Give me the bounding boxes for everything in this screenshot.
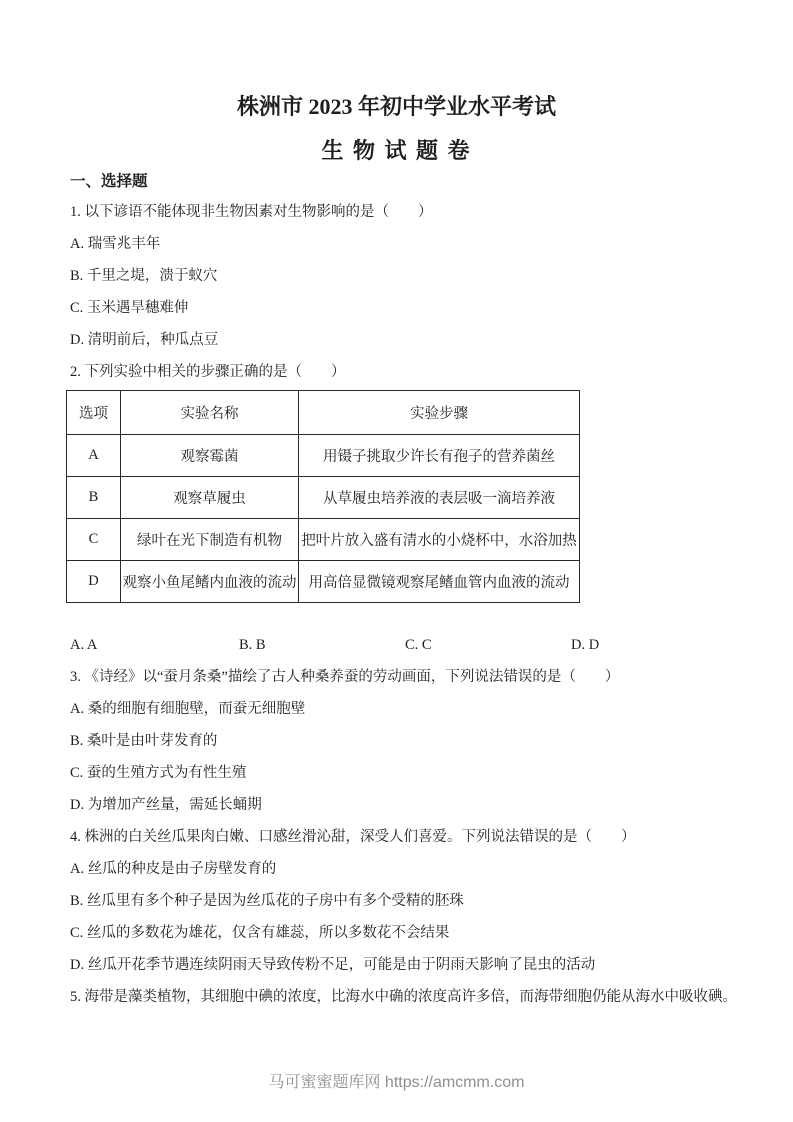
table-row-c: C 绿叶在光下制造有机物 把叶片放入盛有清水的小烧杯中，水浴加热 — [67, 519, 580, 561]
watermark-text: 马可蜜蜜题库网 https://amcmm.com — [268, 1074, 524, 1091]
question-1-option-c: C. 玉米遇旱穗难伸 — [70, 292, 723, 324]
question-1-option-b: B. 千里之堤，溃于蚁穴 — [70, 260, 723, 292]
question-4-stem: 4. 株洲的白关丝瓜果肉白嫩、口感丝滑沁甜，深受人们喜爱。下列说法错误的是（ ） — [70, 821, 723, 853]
table-cell-name: 观察霉菌 — [121, 435, 299, 477]
question-2-answer-options: A. A B. B C. C D. D — [70, 629, 723, 661]
table-cell-option: A — [67, 435, 121, 477]
question-3-option-a: A. 桑的细胞有细胞壁，而蚕无细胞壁 — [70, 693, 723, 725]
question-5-stem: 5. 海带是藻类植物，其细胞中碘的浓度，比海水中确的浓度高许多倍，而海带细胞仍能… — [70, 981, 723, 1013]
question-2-answer-a: A. A — [70, 629, 97, 661]
question-1-option-a: A. 瑞雪兆丰年 — [70, 228, 723, 260]
question-3-option-b: B. 桑叶是由叶芽发育的 — [70, 725, 723, 757]
table-cell-steps: 从草履虫培养液的表层吸一滴培养液 — [299, 477, 580, 519]
table-row-a: A 观察霉菌 用镊子挑取少许长有孢子的营养菌丝 — [67, 435, 580, 477]
site-watermark: 马可蜜蜜题库网 https://amcmm.com — [0, 1069, 793, 1092]
table-cell-option: C — [67, 519, 121, 561]
table-cell-option: D — [67, 561, 121, 603]
question-4-option-d: D. 丝瓜开花季节遇连续阴雨天导致传粉不足，可能是由于阴雨天影响了昆虫的活动 — [70, 949, 723, 981]
section-heading-multiple-choice: 一、选择题 — [70, 172, 723, 191]
exam-paper-page: 株洲市 2023 年初中学业水平考试 生 物 试 题 卷 一、选择题 1. 以下… — [0, 0, 793, 1122]
table-header-experiment-name: 实验名称 — [121, 391, 299, 435]
question-3-option-c: C. 蚕的生殖方式为有性生殖 — [70, 757, 723, 789]
exam-title: 株洲市 2023 年初中学业水平考试 — [70, 94, 723, 120]
question-2-answer-c: C. C — [405, 629, 432, 661]
question-4-option-a: A. 丝瓜的种皮是由子房壁发育的 — [70, 853, 723, 885]
experiment-steps-table: 选项 实验名称 实验步骤 A 观察霉菌 用镊子挑取少许长有孢子的营养菌丝 B 观… — [66, 390, 580, 603]
question-2-answer-b: B. B — [239, 629, 266, 661]
table-row-b: B 观察草履虫 从草履虫培养液的表层吸一滴培养液 — [67, 477, 580, 519]
question-4-option-b: B. 丝瓜里有多个种子是因为丝瓜花的子房中有多个受精的胚珠 — [70, 885, 723, 917]
table-cell-name: 观察小鱼尾鳍内血液的流动 — [121, 561, 299, 603]
question-3-option-d: D. 为增加产丝量，需延长蛹期 — [70, 789, 723, 821]
question-2-answer-d: D. D — [571, 629, 599, 661]
table-row-d: D 观察小鱼尾鳍内血液的流动 用高倍显微镜观察尾鳍血管内血液的流动 — [67, 561, 580, 603]
table-header-row: 选项 实验名称 实验步骤 — [67, 391, 580, 435]
question-2-stem: 2. 下列实验中相关的步骤正确的是（ ） — [70, 356, 723, 388]
table-cell-steps: 用高倍显微镜观察尾鳍血管内血液的流动 — [299, 561, 580, 603]
exam-content: 株洲市 2023 年初中学业水平考试 生 物 试 题 卷 一、选择题 1. 以下… — [0, 0, 793, 1013]
question-4-option-c: C. 丝瓜的多数花为雄花，仅含有雄蕊，所以多数花不会结果 — [70, 917, 723, 949]
exam-subtitle: 生 物 试 题 卷 — [70, 138, 723, 164]
question-1-stem: 1. 以下谚语不能体现非生物因素对生物影响的是（ ） — [70, 196, 723, 228]
table-cell-steps: 用镊子挑取少许长有孢子的营养菌丝 — [299, 435, 580, 477]
question-1-option-d: D. 清明前后，种瓜点豆 — [70, 324, 723, 356]
table-cell-name: 绿叶在光下制造有机物 — [121, 519, 299, 561]
table-cell-steps: 把叶片放入盛有清水的小烧杯中，水浴加热 — [299, 519, 580, 561]
table-header-option: 选项 — [67, 391, 121, 435]
table-cell-option: B — [67, 477, 121, 519]
question-3-stem: 3. 《诗经》以“蚕月条桑”描绘了古人种桑养蚕的劳动画面，下列说法错误的是（ ） — [70, 661, 723, 693]
table-header-experiment-steps: 实验步骤 — [299, 391, 580, 435]
table-cell-name: 观察草履虫 — [121, 477, 299, 519]
